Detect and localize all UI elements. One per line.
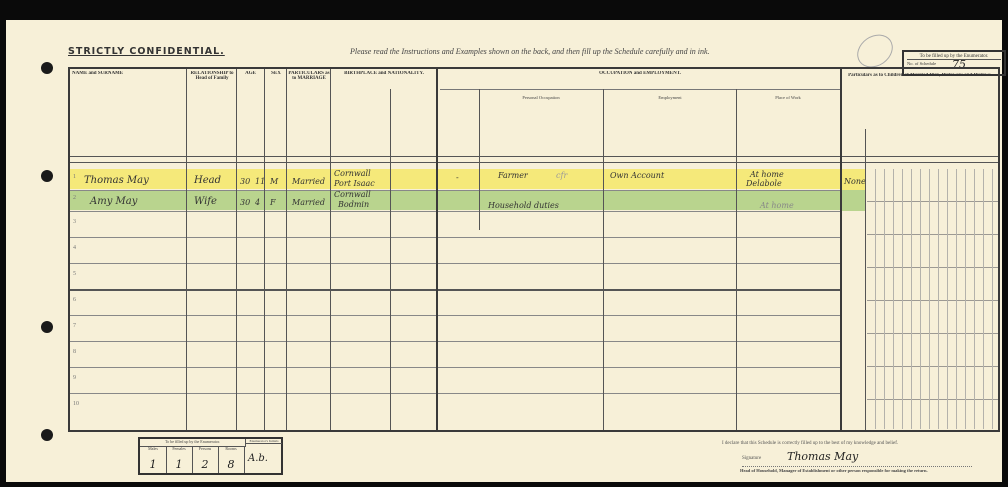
header-personal-occupation: Personal Occupation (481, 95, 601, 100)
punch-hole (41, 321, 53, 333)
row1-children: None (844, 177, 866, 186)
enumerator-box: To be filled up by the Enumerator. Males… (138, 437, 283, 475)
row1-marriage: Married (292, 177, 325, 186)
header-age: AGE (238, 71, 263, 76)
header-occupation: OCCUPATION and EMPLOYMENT. (440, 71, 840, 76)
row1-name: Thomas May (84, 175, 149, 186)
row1-age: 30 (240, 177, 250, 186)
row2-birthplace-town: Bodmin (338, 200, 369, 209)
row1-years-married: 11 (255, 177, 265, 186)
row2-place-of-work: At home (760, 201, 794, 210)
punch-hole (41, 429, 53, 441)
header-sex: SEX (266, 71, 286, 76)
children-grid (867, 169, 998, 429)
enumerator-initials: A.b. (248, 453, 268, 464)
declaration-text: I declare that this Schedule is correctl… (722, 441, 898, 446)
row2-birthplace-county: Cornwall (334, 190, 371, 199)
row2-years-married: 4 (255, 198, 260, 207)
row2-name: Amy May (90, 196, 137, 207)
row1-place-of-work: At home (750, 170, 784, 179)
row1-sex: M (270, 177, 278, 186)
row1-place-of-work-2: Delabole (746, 179, 782, 188)
row1-birthplace-town: Port Isaac (334, 179, 375, 188)
row1-occupation: Farmer (498, 171, 528, 180)
females-cell: Females1 (166, 446, 193, 473)
document-title: STRICTLY CONFIDENTIAL. (68, 46, 225, 57)
schedule-box-sub: No. of Schedule (907, 61, 936, 66)
row1-infirmity: - (456, 173, 459, 182)
row1-occupation-note: cfr (556, 171, 567, 180)
instructions-text: Please read the Instructions and Example… (350, 47, 710, 56)
rooms-cell: Rooms8 (218, 446, 245, 473)
census-table: NAME and SURNAME RELATIONSHIP to Head of… (68, 67, 1000, 432)
persons-cell: Persons2 (192, 446, 219, 473)
row2-relationship: Wife (194, 196, 217, 207)
row2-age: 30 (240, 198, 250, 207)
initials-label: Enumerator's Initials (246, 439, 282, 444)
signature: Thomas May (787, 450, 858, 463)
row1-employment: Own Account (610, 171, 664, 180)
header-marriage: PARTICULARS as to MARRIAGE (288, 71, 330, 81)
header-birthplace: BIRTHPLACE and NATIONALITY. (332, 71, 436, 76)
signature-line: Signature Thomas May (742, 456, 972, 467)
header-name: NAME and SURNAME (72, 71, 184, 156)
signature-footnote: Head of Household, Manager of Establishm… (740, 468, 928, 473)
row2-occupation: Household duties (488, 201, 559, 210)
row2-marriage: Married (292, 198, 325, 207)
males-cell: Males1 (140, 446, 167, 473)
punch-hole (41, 170, 53, 182)
row1-relationship: Head (194, 175, 221, 186)
row2-sex: F (270, 198, 276, 207)
header-employment: Employment (605, 95, 735, 100)
header-place-of-work: Place of Work (738, 95, 838, 100)
punch-hole (41, 62, 53, 74)
header-children: Particulars as to Children of Married Me… (845, 73, 995, 78)
row1-birthplace-county: Cornwall (334, 169, 371, 178)
header-relationship: RELATIONSHIP to Head of Family (188, 71, 236, 156)
